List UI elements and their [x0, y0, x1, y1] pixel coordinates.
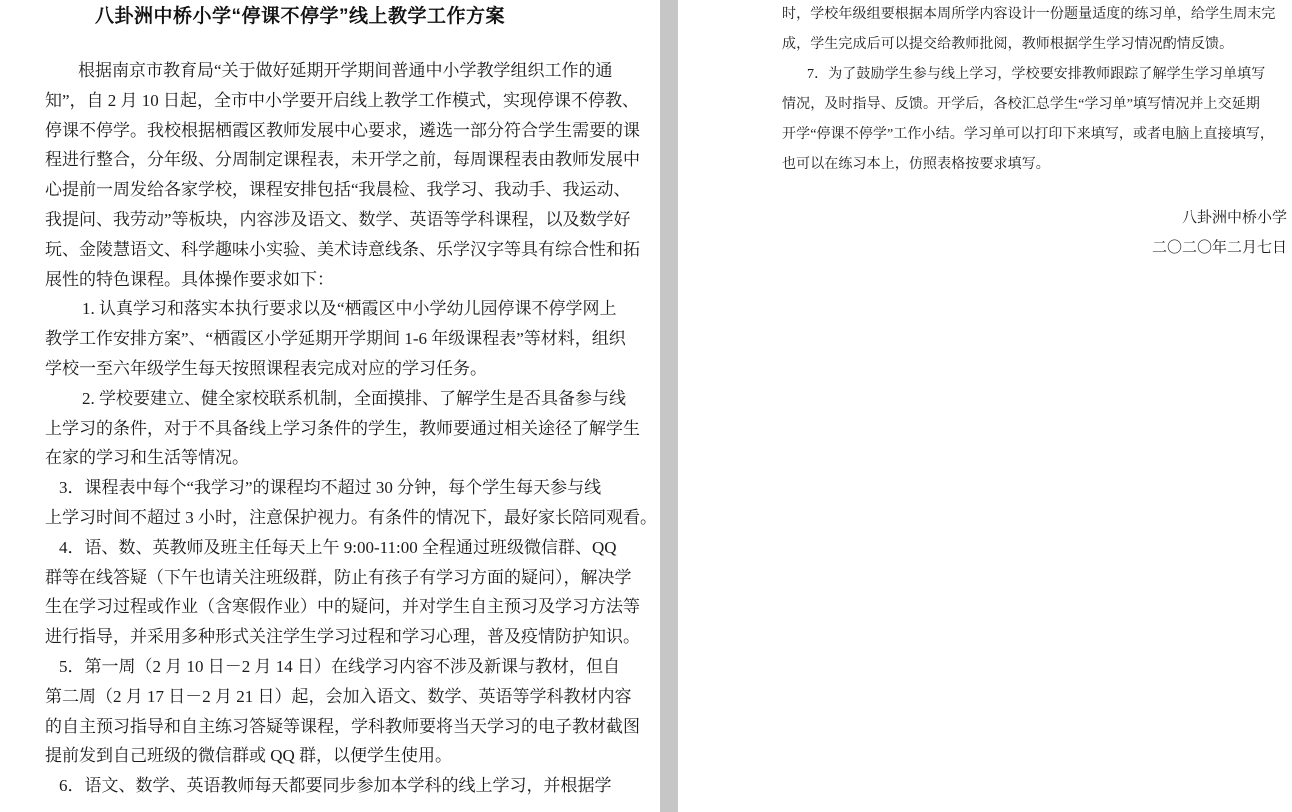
text-line: 心提前一周发给各家学校，课程安排包括“我晨检、我学习、我动手、我运动、	[45, 175, 650, 205]
text-line: 4．语、数、英教师及班主任每天上午 9:00-11:00 全程通过班级微信群、Q…	[45, 533, 650, 563]
signature-date: 二〇二〇年二月七日	[1152, 233, 1287, 263]
text-line: 6．语文、数学、英语教师每天都要同步参加本学科的线上学习，并根据学	[45, 771, 650, 801]
text-line: 5．第一周（2 月 10 日－2 月 14 日）在线学习内容不涉及新课与教材，但…	[45, 652, 650, 682]
text-line: 展性的特色课程。具体操作要求如下：	[45, 265, 650, 295]
text-line: 情况，及时指导、反馈。开学后，各校汇总学生“学习单”填写情况并上交延期	[782, 90, 1290, 120]
text-line: 生在学习过程或作业（含寒假作业）中的疑问，并对学生自主预习及学习方法等	[45, 592, 650, 622]
text-line: 教学工作安排方案”、“栖霞区小学延期开学期间 1-6 年级课程表”等材料，组织	[45, 324, 650, 354]
text-line: 提前发到自己班级的微信群或 QQ 群，以便学生使用。	[45, 741, 650, 771]
text-line: 群等在线答疑（下午也请关注班级群，防止有孩子有学习方面的疑问），解决学	[45, 563, 650, 593]
text-line: 学校一至六年级学生每天按照课程表完成对应的学习任务。	[45, 354, 650, 384]
signature-school: 八卦洲中桥小学	[1182, 203, 1287, 233]
text-line: 成，学生完成后可以提交给教师批阅，教师根据学生学习情况酌情反馈。	[782, 30, 1290, 60]
page-right-body: 时，学校年级组要根据本周所学内容设计一份题量适度的练习单，给学生周末完成，学生完…	[782, 0, 1290, 180]
page-gap-divider	[660, 0, 678, 812]
text-line: 第二周（2 月 17 日－2 月 21 日）起，会加入语文、数学、英语等学科教材…	[45, 682, 650, 712]
text-line: 7．为了鼓励学生参与线上学习，学校要安排教师跟踪了解学生学习单填写	[782, 60, 1290, 90]
text-line: 上学习的条件，对于不具备线上学习条件的学生，教师要通过相关途径了解学生	[45, 414, 650, 444]
text-line: 也可以在练习本上，仿照表格按要求填写。	[782, 150, 1290, 180]
text-line: 我提问、我劳动”等板块，内容涉及语文、数学、英语等学科课程，以及数学好	[45, 205, 650, 235]
document-view: 八卦洲中桥小学“停课不停学”线上教学工作方案 根据南京市教育局“关于做好延期开学…	[0, 0, 1292, 812]
text-line: 的自主预习指导和自主练习答疑等课程，学科教师要将当天学习的电子教材截图	[45, 712, 650, 742]
page-left-body: 根据南京市教育局“关于做好延期开学期间普通中小学教学组织工作的通知”，自 2 月…	[45, 56, 650, 801]
text-line: 根据南京市教育局“关于做好延期开学期间普通中小学教学组织工作的通	[45, 56, 650, 86]
text-line: 停课不停学。我校根据栖霞区教师发展中心要求，遴选一部分符合学生需要的课	[45, 116, 650, 146]
text-line: 知”，自 2 月 10 日起，全市中小学要开启线上教学工作模式，实现停课不停教、	[45, 86, 650, 116]
page-right[interactable]: 时，学校年级组要根据本周所学内容设计一份题量适度的练习单，给学生周末完成，学生完…	[678, 0, 1292, 812]
page-left[interactable]: 八卦洲中桥小学“停课不停学”线上教学工作方案 根据南京市教育局“关于做好延期开学…	[0, 0, 660, 812]
document-title: 八卦洲中桥小学“停课不停学”线上教学工作方案	[0, 1, 600, 28]
text-line: 在家的学习和生活等情况。	[45, 443, 650, 473]
text-line: 2. 学校要建立、健全家校联系机制，全面摸排、了解学生是否具备参与线	[45, 384, 650, 414]
text-line: 程进行整合，分年级、分周制定课程表，未开学之前，每周课程表由教师发展中	[45, 145, 650, 175]
text-line: 进行指导，并采用多种形式关注学生学习过程和学习心理，普及疫情防护知识。	[45, 622, 650, 652]
text-line: 3．课程表中每个“我学习”的课程均不超过 30 分钟，每个学生每天参与线	[45, 473, 650, 503]
text-line: 开学“停课不停学”工作小结。学习单可以打印下来填写，或者电脑上直接填写，	[782, 120, 1290, 150]
text-line: 时，学校年级组要根据本周所学内容设计一份题量适度的练习单，给学生周末完	[782, 0, 1290, 30]
text-line: 玩、金陵慧语文、科学趣味小实验、美术诗意线条、乐学汉字等具有综合性和拓	[45, 235, 650, 265]
text-line: 1. 认真学习和落实本执行要求以及“栖霞区中小学幼儿园停课不停学网上	[45, 294, 650, 324]
text-line: 上学习时间不超过 3 小时，注意保护视力。有条件的情况下，最好家长陪同观看。	[45, 503, 650, 533]
